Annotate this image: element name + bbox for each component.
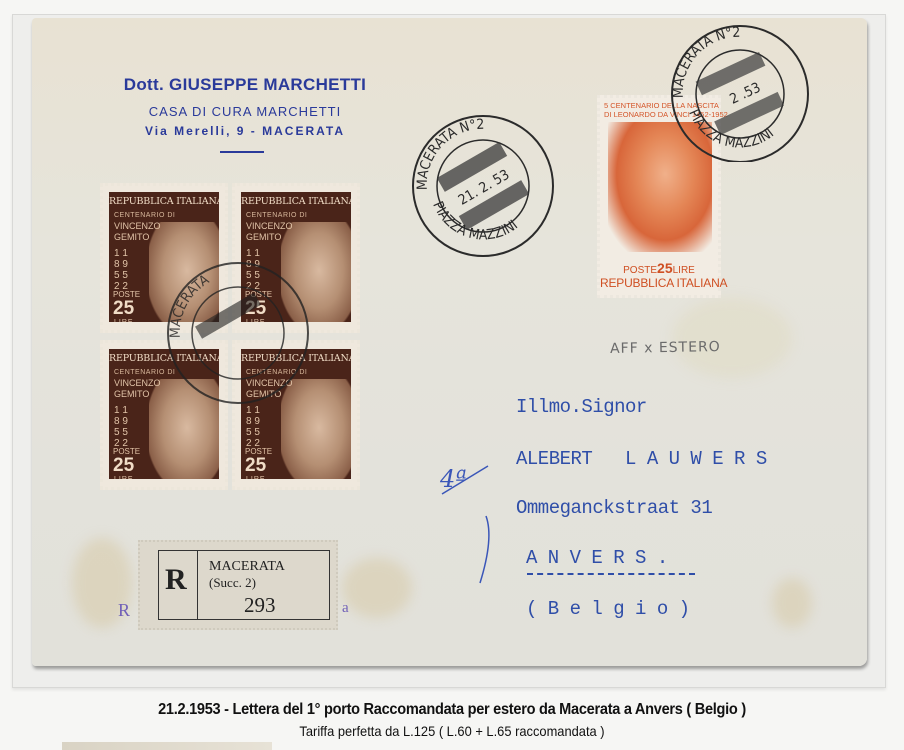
next-item-edge	[62, 742, 272, 750]
recipient-country: ( B e l g i o )	[526, 598, 690, 620]
stamp-person-first: VINCENZO	[114, 221, 174, 232]
stamp-value: 25	[113, 455, 134, 477]
stamp-value: 25	[657, 260, 673, 276]
handwritten-stroke	[438, 458, 508, 588]
stamp-person-last: GEMITO	[114, 232, 174, 243]
recipient-street: Ommeganckstraat 31	[516, 497, 712, 519]
stamp-person: VINCENZO GEMITO	[246, 221, 306, 243]
stamp-subject: CENTENARIO DI	[114, 212, 175, 219]
sender-fullname: GIUSEPPE MARCHETTI	[169, 75, 366, 94]
stamp-years: 1 1 8 9 5 5 2 2	[114, 405, 144, 449]
recipient-city: A N V E R S .	[526, 547, 668, 569]
registration-number: 293	[244, 593, 276, 618]
city-underline	[527, 573, 695, 575]
stamp-country: REPUBBLICA ITALIANA	[241, 196, 351, 207]
pencil-note: AFF x ESTERO	[610, 339, 721, 357]
stain	[672, 298, 792, 378]
registration-divider	[197, 551, 198, 619]
stamp-currency: LIRE	[114, 476, 134, 479]
sender-title: Dott.	[124, 75, 164, 94]
recipient-salutation: Illmo.Signor	[516, 396, 647, 418]
postmark: 21. 2. 53 MACERATA N°2 PIAZZA MAZZINI	[405, 108, 560, 265]
stamp-person-first: VINCENZO	[246, 221, 306, 232]
registration-frame: R MACERATA (Succ. 2) 293	[158, 550, 330, 620]
recipient-name: ALEBERT L A U W E R S	[516, 448, 767, 470]
caption-subtitle: Tariffa perfetta da L.125 ( L.60 + L.65 …	[36, 723, 868, 739]
caption-title: 21.2.1953 - Lettera del 1° porto Raccoma…	[27, 701, 877, 719]
stamp-currency: LIRE	[114, 319, 134, 322]
postmark: 2 .53 MACERATA N°2 PIAZZA MAZZINI	[665, 22, 815, 167]
stamp-person: VINCENZO GEMITO	[114, 221, 174, 243]
violet-mark: R	[118, 600, 130, 621]
registration-office: MACERATA	[209, 559, 285, 575]
stain	[342, 558, 412, 618]
stamp-subject: CENTENARIO DI	[246, 212, 307, 219]
stamp-currency: LIRE	[246, 476, 266, 479]
sender-address: Via Merelli, 9 - MACERATA	[105, 124, 385, 138]
stamp-country: REPUBBLICA ITALIANA	[109, 196, 219, 207]
stamp-years: 1 1 8 9 5 5 2 2	[114, 248, 144, 292]
stamp-country: REPUBBLICA ITALIANA	[600, 276, 718, 290]
postmark: MACERATA	[158, 258, 318, 413]
stamp-currency: LIRE	[673, 265, 695, 276]
stamp-poste: POSTE	[623, 265, 657, 276]
stamp-denomination: POSTE25LIRE	[600, 260, 718, 276]
sender-name: Dott. GIUSEPPE MARCHETTI	[105, 75, 385, 95]
letterhead-rule	[220, 151, 264, 153]
sender-institution: CASA DI CURA MARCHETTI	[105, 104, 385, 119]
stamp-person-last: GEMITO	[246, 232, 306, 243]
stamp-value: 25	[245, 455, 266, 477]
registration-letter: R	[165, 563, 187, 597]
stamp-value: 25	[113, 298, 134, 320]
violet-mark: a	[342, 600, 349, 617]
stain	[772, 578, 812, 628]
registration-label: R MACERATA (Succ. 2) 293	[138, 540, 338, 630]
registration-branch: (Succ. 2)	[209, 575, 256, 591]
